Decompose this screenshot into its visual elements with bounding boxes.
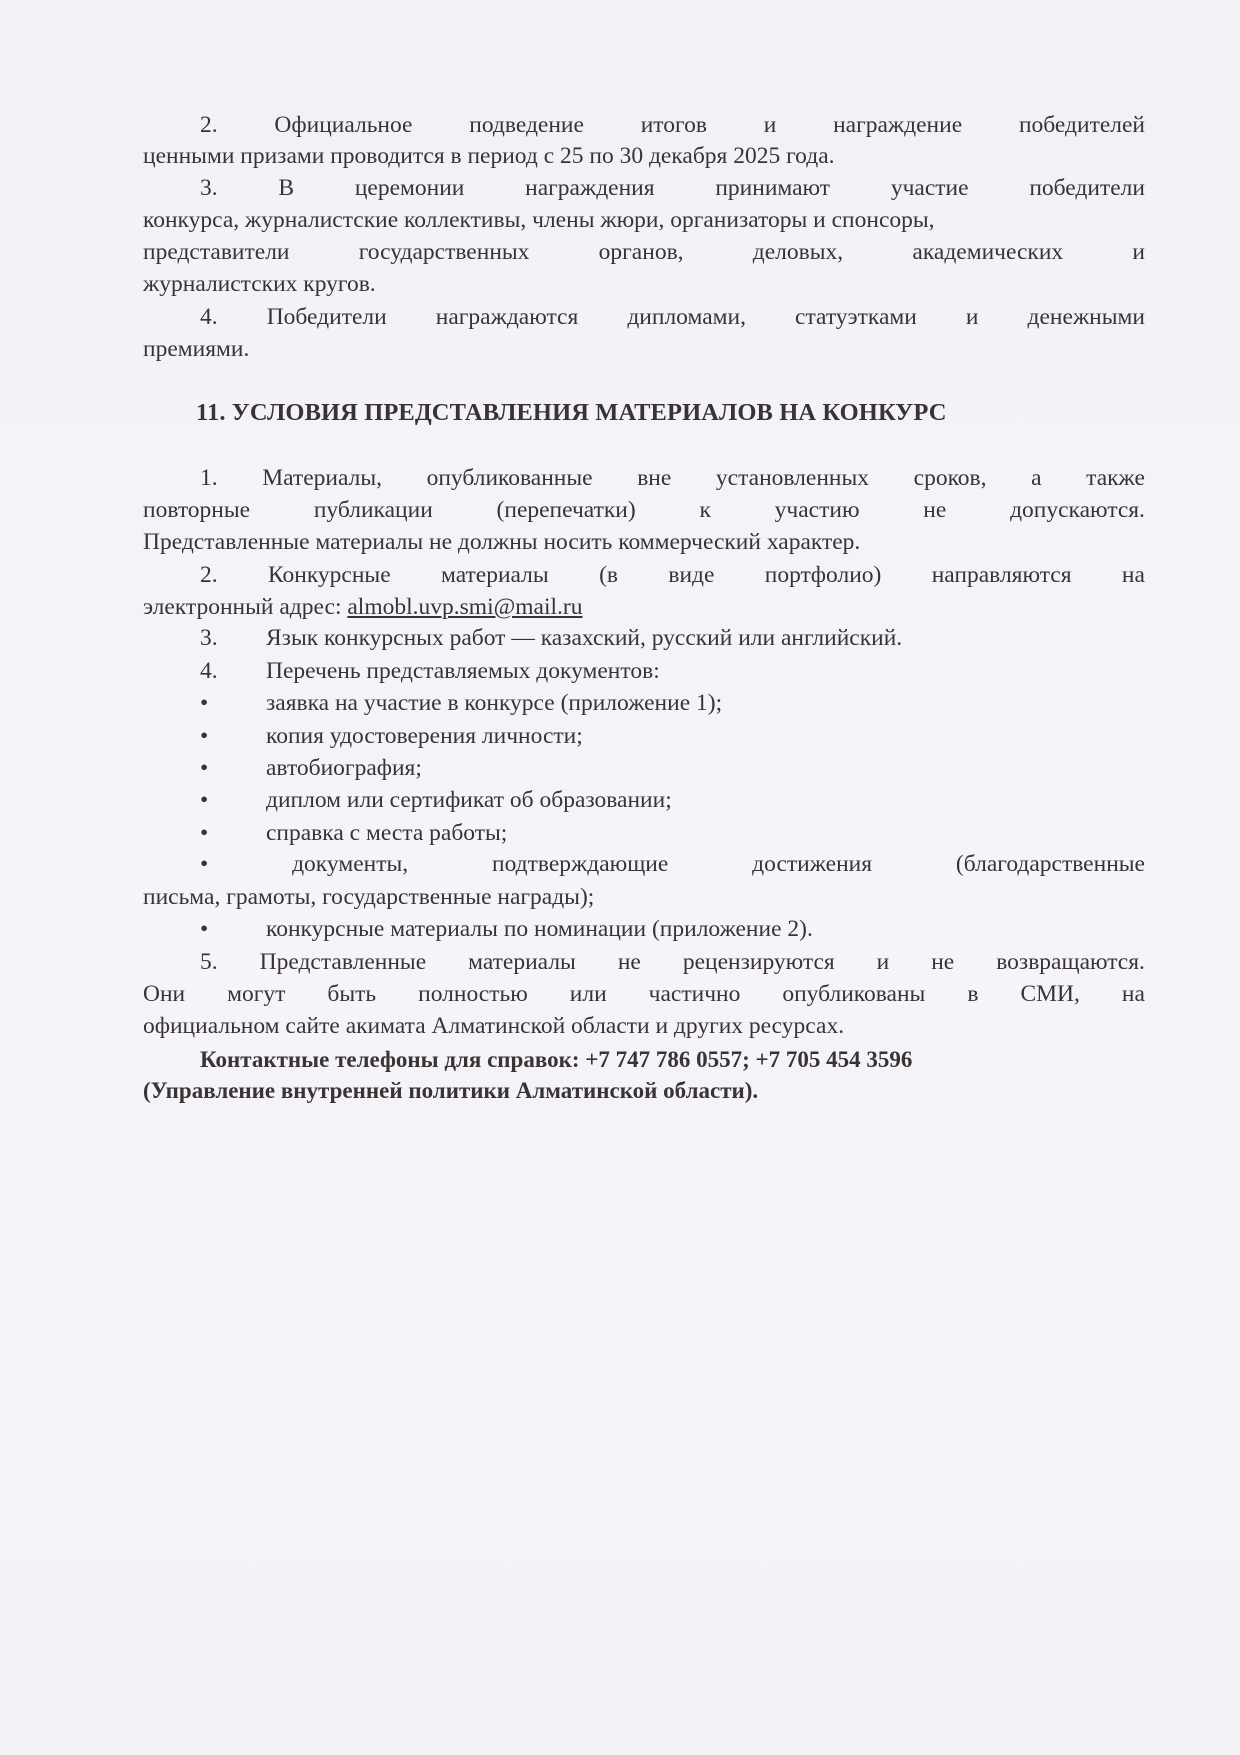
word: государственных xyxy=(359,237,530,267)
s11-item1-number: 1. xyxy=(200,463,218,493)
word: СМИ, xyxy=(1020,979,1079,1009)
bullet-text: автобиография; xyxy=(266,755,422,781)
word: Конкурсные xyxy=(268,560,391,590)
s11-item1-line3: Представленные материалы не должны носит… xyxy=(143,527,1145,557)
bullet-icon: • xyxy=(200,785,266,815)
s11-item2-line2: электронный адрес: almobl.uvp.smi@mail.r… xyxy=(143,592,1145,622)
s11-item5-number: 5. xyxy=(200,947,218,977)
word: дипломами, xyxy=(627,302,746,332)
word: в xyxy=(967,979,978,1009)
word: органов, xyxy=(599,237,684,267)
bullet-item-achievements-line2: письма, грамоты, государственные награды… xyxy=(143,882,1145,912)
word: награждение xyxy=(833,110,962,140)
word: вне xyxy=(637,463,671,493)
word: также xyxy=(1086,463,1145,493)
word: и xyxy=(1132,237,1145,267)
bullet-item: •диплом или сертификат об образовании; xyxy=(143,785,1145,815)
word: итогов xyxy=(641,110,707,140)
word: (благодарственные xyxy=(956,849,1145,879)
s11-item1-line1: 1. Материалы, опубликованные вне установ… xyxy=(143,463,1145,493)
word: допускаются. xyxy=(1010,495,1145,525)
word: повторные xyxy=(143,495,250,525)
word: Они xyxy=(143,979,185,1009)
s10-item4-number: 4. xyxy=(200,302,218,332)
s10-item3-line2: конкурса, журналистские коллективы, член… xyxy=(143,205,1145,235)
word: и xyxy=(764,110,777,140)
s11-item3: 3.Язык конкурсных работ — казахский, рус… xyxy=(143,623,1145,653)
s10-item3-line3: представители государственных органов, д… xyxy=(143,237,1145,267)
section-heading: 11. УСЛОВИЯ ПРЕДСТАВЛЕНИЯ МАТЕРИАЛОВ НА … xyxy=(196,398,947,428)
word: портфолио) xyxy=(765,560,882,590)
bullet-text: копия удостоверения личности; xyxy=(266,723,583,749)
s11-item2-line1: 2. Конкурсные материалы (в виде портфоли… xyxy=(143,560,1145,590)
bullet-item-achievements: • документы, подтверждающие достижения (… xyxy=(143,849,1145,879)
s10-item4-line1: 4. Победители награждаются дипломами, ст… xyxy=(143,302,1145,332)
bullet-text: конкурсные материалы по номинации (прило… xyxy=(266,916,813,942)
word: деловых, xyxy=(753,237,843,267)
word: установленных xyxy=(716,463,869,493)
word: материалы xyxy=(468,947,576,977)
word: принимают xyxy=(715,173,830,203)
word: не xyxy=(618,947,641,977)
word: рецензируются xyxy=(683,947,835,977)
word: а xyxy=(1031,463,1041,493)
word: на xyxy=(1122,560,1145,590)
document-page: 2. Официальное подведение итогов и награ… xyxy=(0,0,1240,1755)
email-label: электронный адрес: xyxy=(143,594,347,620)
phone-1[interactable]: +7 747 786 0557 xyxy=(585,1047,742,1072)
contacts-line1: Контактные телефоны для справок: +7 747 … xyxy=(143,1045,1145,1075)
word: полностью xyxy=(418,979,528,1009)
s11-item5-line2: Они могут быть полностью или частично оп… xyxy=(143,979,1145,1009)
bullet-text: заявка на участие в конкурсе (приложение… xyxy=(266,690,722,716)
word: (перепечатки) xyxy=(497,495,636,525)
s11-item3-text: Язык конкурсных работ — казахский, русск… xyxy=(266,625,902,651)
bullet-icon: • xyxy=(200,753,266,783)
word: Представленные xyxy=(260,947,427,977)
word: опубликованы xyxy=(782,979,925,1009)
word: сроков, xyxy=(914,463,987,493)
word: денежными xyxy=(1028,302,1145,332)
word: победителей xyxy=(1019,110,1145,140)
word: и xyxy=(966,302,979,332)
s11-item1-line2: повторные публикации (перепечатки) к уча… xyxy=(143,495,1145,525)
bullet-icon: • xyxy=(200,818,266,848)
word: на xyxy=(1122,979,1145,1009)
word: опубликованные xyxy=(427,463,593,493)
word: победители xyxy=(1029,173,1145,203)
s10-item3-line1: 3. В церемонии награждения принимают уча… xyxy=(143,173,1145,203)
s11-item4-number: 4. xyxy=(200,656,266,686)
s10-item3-line4: журналистских кругов. xyxy=(143,269,1145,299)
word: виде xyxy=(668,560,714,590)
word: не xyxy=(923,495,946,525)
s11-item4-text: Перечень представляемых документов: xyxy=(266,658,660,684)
word: церемонии xyxy=(355,173,465,203)
word: и xyxy=(877,947,890,977)
word: Официальное xyxy=(274,110,412,140)
s11-item3-number: 3. xyxy=(200,623,266,653)
word: участию xyxy=(775,495,860,525)
word: подведение xyxy=(469,110,584,140)
s11-item2-number: 2. xyxy=(200,560,218,590)
bullet-item: •конкурсные материалы по номинации (прил… xyxy=(143,914,1145,944)
word: материалы xyxy=(441,560,549,590)
word: достижения xyxy=(752,849,872,879)
word: быть xyxy=(327,979,376,1009)
s11-item4: 4.Перечень представляемых документов: xyxy=(143,656,1145,686)
word: направляются xyxy=(932,560,1072,590)
word: публикации xyxy=(314,495,433,525)
bullet-item: •заявка на участие в конкурсе (приложени… xyxy=(143,688,1145,718)
word: академических xyxy=(912,237,1063,267)
s10-item4-line2: премиями. xyxy=(143,334,1145,364)
word: документы, xyxy=(292,849,408,879)
word: награждения xyxy=(525,173,654,203)
word: Материалы, xyxy=(262,463,382,493)
bullet-item: •автобиография; xyxy=(143,753,1145,783)
word: (в xyxy=(599,560,618,590)
contacts-line2: (Управление внутренней политики Алматинс… xyxy=(143,1076,1145,1106)
bullet-item: •копия удостоверения личности; xyxy=(143,721,1145,751)
word: возвращаются. xyxy=(996,947,1145,977)
word: Победители xyxy=(267,302,387,332)
s10-item3-number: 3. xyxy=(200,173,218,203)
bullet-icon: • xyxy=(200,914,266,944)
word: к xyxy=(699,495,710,525)
phone-2[interactable]: +7 705 454 3596 xyxy=(756,1047,913,1072)
word: могут xyxy=(227,979,285,1009)
word: или xyxy=(570,979,607,1009)
word: не xyxy=(931,947,954,977)
word: подтверждающие xyxy=(492,849,668,879)
bullet-text: справка с места работы; xyxy=(266,820,507,846)
word: В xyxy=(278,173,294,203)
bullet-text: диплом или сертификат об образовании; xyxy=(266,787,672,813)
bullet-icon: • xyxy=(200,849,208,879)
word: награждаются xyxy=(436,302,579,332)
word: частично xyxy=(649,979,741,1009)
separator: ; xyxy=(742,1047,755,1072)
s10-item2-number: 2. xyxy=(143,110,218,140)
word: участие xyxy=(891,173,969,203)
word: представители xyxy=(143,237,290,267)
s11-item5-line1: 5. Представленные материалы не рецензиру… xyxy=(143,947,1145,977)
bullet-icon: • xyxy=(200,688,266,718)
s10-item2-line2: ценными призами проводится в период с 25… xyxy=(143,141,1145,171)
s11-item5-line3: официальном сайте акимата Алматинской об… xyxy=(143,1011,1145,1041)
word: статуэтками xyxy=(795,302,917,332)
bullet-item: •справка с места работы; xyxy=(143,818,1145,848)
contacts-label: Контактные телефоны для справок: xyxy=(143,1047,585,1072)
bullet-icon: • xyxy=(200,721,266,751)
s10-item2-line1: 2. Официальное подведение итогов и награ… xyxy=(143,110,1145,140)
email-link[interactable]: almobl.uvp.smi@mail.ru xyxy=(347,594,582,620)
